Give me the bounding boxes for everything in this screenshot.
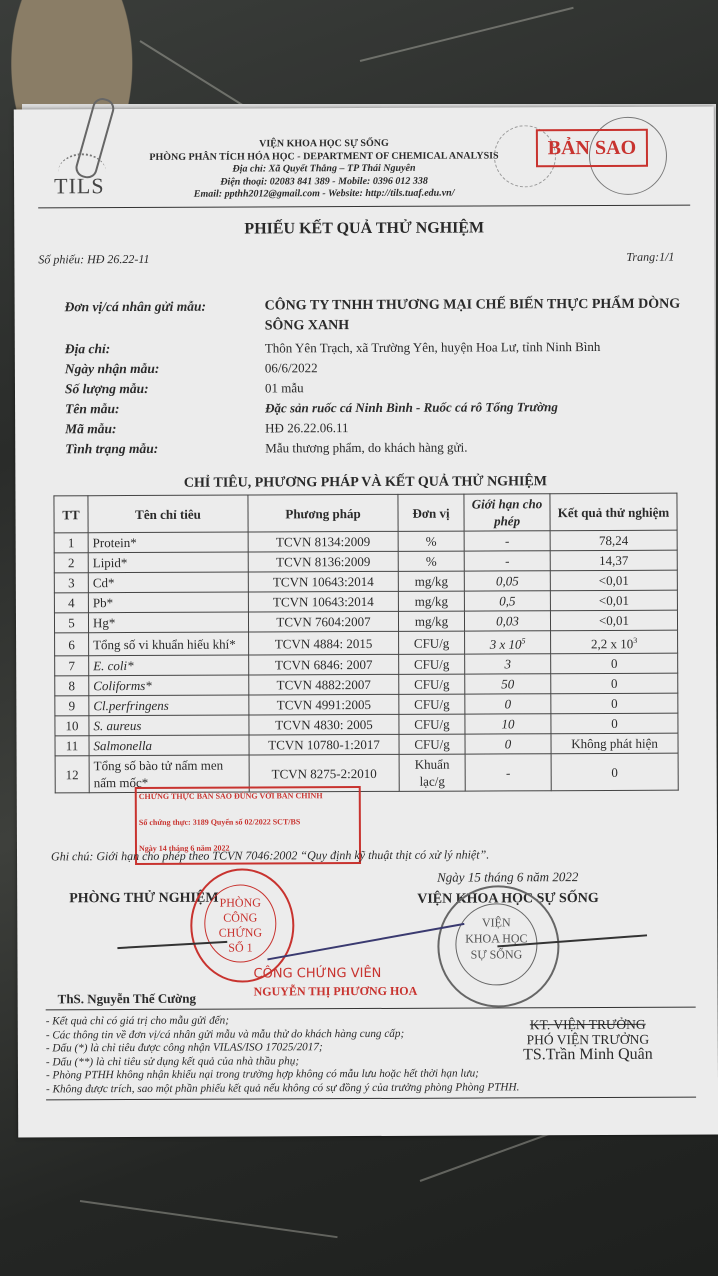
notary-name: NGUYỄN THỊ PHƯƠNG HOA <box>254 984 418 1000</box>
cell-method: TCVN 4991:2005 <box>249 695 399 716</box>
col-header-unit: Đơn vị <box>398 494 464 531</box>
cell-limit: - <box>465 754 551 791</box>
cell-limit: 3 <box>465 654 551 674</box>
cell-method: TCVN 8136:2009 <box>248 551 398 572</box>
sender-row: Đơn vị/cá nhân gửi mẫu: CÔNG TY TNHH THƯ… <box>65 295 685 338</box>
cell-name: Tổng số vi khuẩn hiếu khí* <box>89 632 249 656</box>
cell-unit: CFU/g <box>399 714 465 734</box>
notary-title: CÔNG CHỨNG VIÊN <box>254 966 382 982</box>
cell-unit: CFU/g <box>399 734 465 754</box>
table-row: 5Hg*TCVN 7604:2007mg/kg0,03<0,01 <box>54 610 677 633</box>
cell-tt: 1 <box>54 533 88 553</box>
cell-method: TCVN 7604:2007 <box>248 611 398 632</box>
cell-name: Lipid* <box>88 552 248 573</box>
col-header-tt: TT <box>54 496 88 533</box>
cell-tt: 3 <box>54 573 88 593</box>
cell-unit: % <box>398 551 464 571</box>
letterhead: VIỆN KHOA HỌC SỰ SỐNG PHÒNG PHÂN TÍCH HÓ… <box>114 137 534 201</box>
cell-tt: 6 <box>55 633 89 656</box>
cell-limit: 0 <box>465 694 551 714</box>
cell-unit: mg/kg <box>398 611 464 631</box>
table-row: 1Protein*TCVN 8134:2009%-78,24 <box>54 530 677 553</box>
cell-method: TCVN 10643:2014 <box>248 591 398 612</box>
cell-result: <0,01 <box>550 590 677 611</box>
table-row: 9Cl.perfringensTCVN 4991:2005CFU/g00 <box>55 693 678 716</box>
table-row: 4Pb*TCVN 10643:2014mg/kg0,5<0,01 <box>54 590 677 613</box>
table-header-row: TT Tên chỉ tiêu Phương pháp Đơn vị Giới … <box>54 493 677 533</box>
address-row: Địa chỉ: Thôn Yên Trạch, xã Trường Yên, … <box>65 337 685 360</box>
results-table: TT Tên chỉ tiêu Phương pháp Đơn vị Giới … <box>53 493 678 794</box>
cell-name: E. coli* <box>89 655 249 676</box>
cell-method: TCVN 8134:2009 <box>248 531 398 552</box>
cell-limit: 50 <box>465 674 551 694</box>
marble-vein <box>360 7 574 62</box>
marble-vein <box>80 1200 338 1238</box>
footer-divider <box>46 1007 696 1011</box>
cell-method: TCVN 10643:2014 <box>248 571 398 592</box>
header-divider <box>38 205 690 209</box>
cell-result: 0 <box>551 653 678 674</box>
col-header-limit: Giới hạn cho phép <box>464 494 550 531</box>
cell-tt: 9 <box>55 696 89 716</box>
lab-email: Email: ppthh2012@gmail.com - Website: ht… <box>114 187 534 201</box>
cell-result: 0 <box>551 673 678 694</box>
table-row: 3Cd*TCVN 10643:2014mg/kg0,05<0,01 <box>54 570 677 593</box>
cell-result: 0 <box>551 713 678 734</box>
cell-result: <0,01 <box>550 610 677 631</box>
cell-method: TCVN 4830: 2005 <box>249 715 399 736</box>
cell-result: 0 <box>551 753 678 791</box>
cell-limit: 10 <box>465 714 551 734</box>
page-number: Trang:1/1 <box>626 250 674 265</box>
cell-tt: 2 <box>54 553 88 573</box>
cell-unit: Khuẩn lạc/g <box>399 754 465 791</box>
tils-logo: TILS <box>50 149 112 199</box>
quantity-row: Số lượng mẫu: 01 mẫu <box>65 377 685 400</box>
cell-tt: 12 <box>55 756 89 793</box>
cell-result: 78,24 <box>550 530 677 551</box>
table-row: 7E. coli*TCVN 6846: 2007CFU/g30 <box>55 653 678 676</box>
condition-row: Tình trạng mẫu: Mẫu thương phẩm, do khác… <box>65 437 685 460</box>
cell-result: 0 <box>551 693 678 714</box>
cell-method: TCVN 10780-1:2017 <box>249 735 399 756</box>
cell-name: Coliforms* <box>89 675 249 696</box>
sample-code-row: Mã mẫu: HĐ 26.22.06.11 <box>65 417 685 440</box>
cell-name: S. aureus <box>89 715 249 736</box>
cell-unit: CFU/g <box>399 694 465 714</box>
cell-method: TCVN 4884: 2015 <box>249 631 399 655</box>
cell-limit: 0,03 <box>464 611 550 631</box>
cell-result: Không phát hiện <box>551 733 678 754</box>
cell-result: <0,01 <box>550 570 677 591</box>
cell-limit: - <box>464 551 550 571</box>
table-row: 10S. aureusTCVN 4830: 2005CFU/g100 <box>55 713 678 736</box>
cell-limit: 0 <box>465 734 551 754</box>
bottom-divider <box>46 1097 696 1101</box>
cell-method: TCVN 6846: 2007 <box>249 655 399 676</box>
signature-notary <box>267 923 464 961</box>
issue-date: Ngày 15 tháng 6 năm 2022 <box>437 869 578 886</box>
cell-result: 2,2 x 103 <box>551 630 678 654</box>
col-header-method: Phương pháp <box>248 494 398 532</box>
col-header-result: Kết quả thử nghiệm <box>550 493 677 531</box>
disclaimers: - Kết quả chỉ có giá trị cho mẫu gửi đến… <box>46 1013 520 1096</box>
cell-name: Protein* <box>88 532 248 553</box>
cell-limit: - <box>464 531 550 551</box>
table-row: 6Tổng số vi khuẩn hiếu khí*TCVN 4884: 20… <box>55 630 678 656</box>
cell-unit: mg/kg <box>398 591 464 611</box>
test-report-document: TILS VIỆN KHOA HỌC SỰ SỐNG PHÒNG PHÂN TÍ… <box>14 106 718 1137</box>
cell-unit: CFU/g <box>399 674 465 694</box>
cell-limit: 3 x 105 <box>465 631 551 655</box>
report-number: Số phiếu: HĐ 26.22-11 <box>38 252 149 267</box>
cell-name: Pb* <box>88 592 248 613</box>
report-title: PHIẾU KẾT QUẢ THỬ NGHIỆM <box>14 218 714 239</box>
lab-head-name: ThS. Nguyễn Thế Cường <box>58 991 196 1008</box>
cell-unit: CFU/g <box>399 654 465 674</box>
cell-tt: 4 <box>54 593 88 613</box>
results-section-title: CHỈ TIÊU, PHƯƠNG PHÁP VÀ KẾT QUẢ THỬ NGH… <box>15 473 715 492</box>
table-note: Ghi chú: Giới hạn cho phép theo TCVN 704… <box>51 847 489 864</box>
copy-stamp: BẢN SAO <box>536 129 648 167</box>
cell-unit: CFU/g <box>399 631 465 655</box>
cell-method: TCVN 4882:2007 <box>249 675 399 696</box>
cell-name: Hg* <box>88 612 248 633</box>
cell-tt: 11 <box>55 736 89 756</box>
cell-limit: 0,05 <box>464 571 550 591</box>
table-row: 11SalmonellaTCVN 10780-1:2017CFU/g0Không… <box>55 733 678 756</box>
cell-limit: 0,5 <box>464 591 550 611</box>
cell-tt: 5 <box>54 613 88 633</box>
sample-info: Đơn vị/cá nhân gửi mẫu: CÔNG TY TNHH THƯ… <box>65 295 686 460</box>
cell-tt: 7 <box>55 656 89 676</box>
cell-unit: mg/kg <box>398 571 464 591</box>
cell-tt: 8 <box>55 676 89 696</box>
department-name: PHÒNG PHÂN TÍCH HÓA HỌC - DEPARTMENT OF … <box>114 150 534 164</box>
director-signature-block: KT. VIỆN TRƯỞNG PHÓ VIỆN TRƯỞNG TS.Trần … <box>488 1017 688 1063</box>
col-header-name: Tên chỉ tiêu <box>88 495 248 533</box>
cell-name: Cl.perfringens <box>89 695 249 716</box>
cell-name: Cd* <box>88 572 248 593</box>
table-row: 2Lipid*TCVN 8136:2009%-14,37 <box>54 550 677 573</box>
cell-unit: % <box>398 531 464 551</box>
table-row: 8Coliforms*TCVN 4882:2007CFU/g500 <box>55 673 678 696</box>
cell-name: Salmonella <box>89 735 249 756</box>
received-date-row: Ngày nhận mẫu: 06/6/2022 <box>65 357 685 380</box>
cell-result: 14,37 <box>550 550 677 571</box>
sample-name-row: Tên mẫu: Đặc sản ruốc cá Ninh Bình - Ruố… <box>65 397 685 420</box>
cell-tt: 10 <box>55 716 89 736</box>
